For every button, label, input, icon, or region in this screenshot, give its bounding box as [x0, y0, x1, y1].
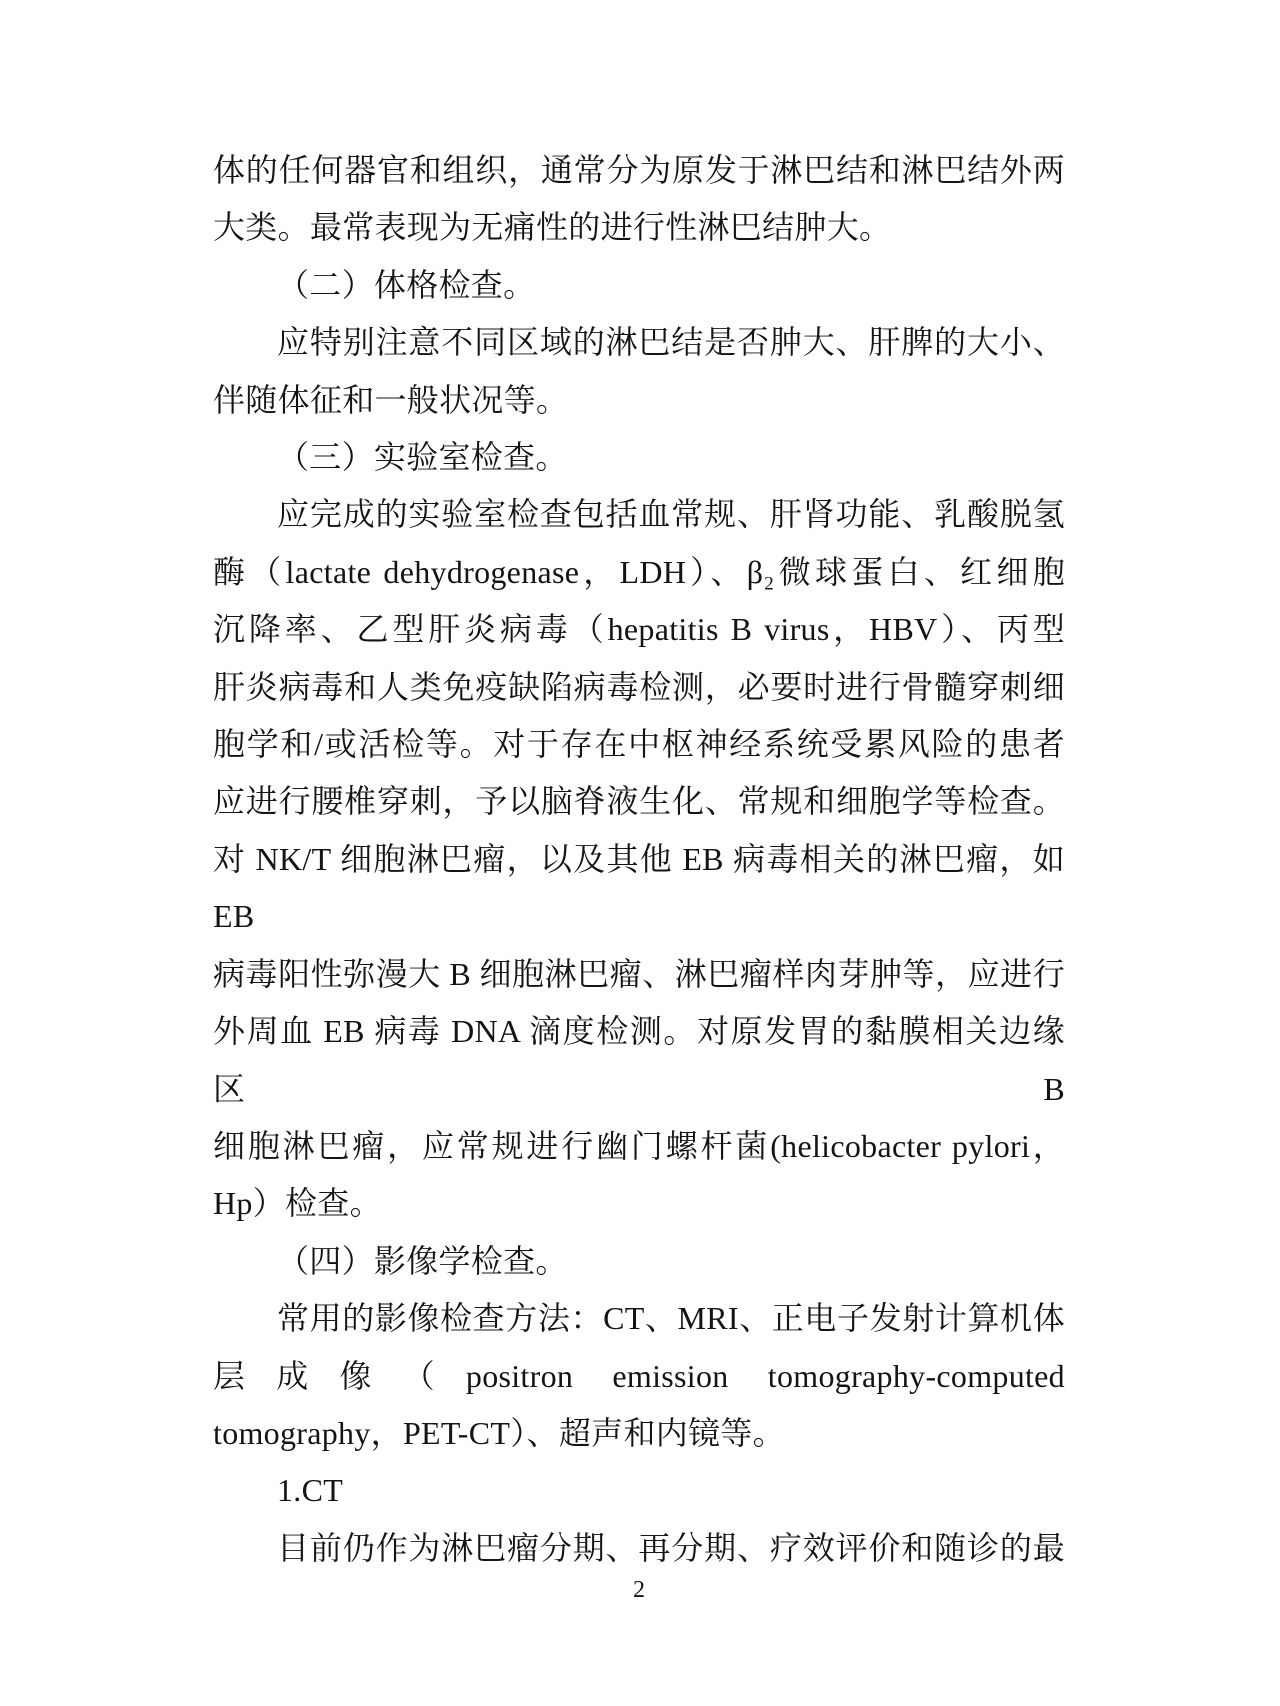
text-line: 对 NK/T 细胞淋巴瘤，以及其他 EB 病毒相关的淋巴瘤，如 EB: [213, 831, 1065, 946]
text-line: 病毒阳性弥漫大 B 细胞淋巴瘤、淋巴瘤样肉芽肿等，应进行: [213, 946, 1065, 1003]
section-heading: （四）影像学检查。: [213, 1233, 1065, 1290]
text-line: 酶（lactate dehydrogenase，LDH）、β₂微球蛋白、红细胞: [213, 544, 1065, 601]
text-line: 目前仍作为淋巴瘤分期、再分期、疗效评价和随诊的最: [213, 1520, 1065, 1577]
document-page: 体的任何器官和组织，通常分为原发于淋巴结和淋巴结外两 大类。最常表现为无痛性的进…: [0, 0, 1280, 1706]
page-number: 2: [213, 1574, 1065, 1606]
section-heading: （三）实验室检查。: [213, 429, 1065, 486]
text-line: Hp）检查。: [213, 1175, 1065, 1232]
text-line: 外周血 EB 病毒 DNA 滴度检测。对原发胃的黏膜相关边缘区 B: [213, 1003, 1065, 1118]
text-line: 层成像（positron emission tomography-compute…: [213, 1348, 1065, 1405]
text-line: 伴随体征和一般状况等。: [213, 372, 1065, 429]
text-line: 应进行腰椎穿刺，予以脑脊液生化、常规和细胞学等检查。: [213, 773, 1065, 830]
text-line: 肝炎病毒和人类免疫缺陷病毒检测，必要时进行骨髓穿刺细: [213, 659, 1065, 716]
section-heading: 1.CT: [213, 1462, 1065, 1519]
document-body: 体的任何器官和组织，通常分为原发于淋巴结和淋巴结外两 大类。最常表现为无痛性的进…: [213, 142, 1065, 1577]
text-line: 沉降率、乙型肝炎病毒（hepatitis B virus，HBV）、丙型: [213, 601, 1065, 658]
text-line: 应特别注意不同区域的淋巴结是否肿大、肝脾的大小、: [213, 314, 1065, 371]
text-line: 大类。最常表现为无痛性的进行性淋巴结肿大。: [213, 199, 1065, 256]
text-line: 体的任何器官和组织，通常分为原发于淋巴结和淋巴结外两: [213, 142, 1065, 199]
text-line: tomography，PET-CT）、超声和内镜等。: [213, 1405, 1065, 1462]
text-line: 常用的影像检查方法：CT、MRI、正电子发射计算机体: [213, 1290, 1065, 1347]
section-heading: （二）体格检查。: [213, 257, 1065, 314]
text-line: 细胞淋巴瘤，应常规进行幽门螺杆菌(helicobacter pylori，: [213, 1118, 1065, 1175]
text-line: 胞学和/或活检等。对于存在中枢神经系统受累风险的患者: [213, 716, 1065, 773]
text-line: 应完成的实验室检查包括血常规、肝肾功能、乳酸脱氢: [213, 486, 1065, 543]
